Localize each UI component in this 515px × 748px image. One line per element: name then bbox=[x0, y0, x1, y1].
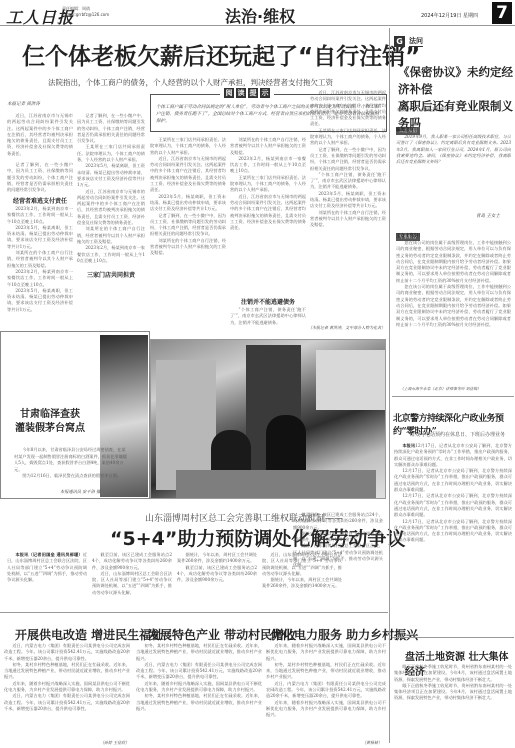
reading-tips-char: 示 bbox=[260, 88, 270, 98]
section-head-1: 经营者难逃支付责任 bbox=[7, 196, 73, 205]
bottom-right-body: 眼下正值秋冬季施工收尾时节，贵州省黔东南州某村的一处集体经济项目正在加紧建设。今… bbox=[394, 664, 512, 746]
section-label: 法问 bbox=[409, 36, 423, 47]
section-badge-icon: G bbox=[394, 36, 405, 47]
second-column-3: 据统计，今年以来，周村区工会共调处案件260余件，涉及金额约1400余万元。截至… bbox=[177, 552, 257, 604]
issue-date: 2024年12月19日 星期四 bbox=[421, 12, 478, 19]
police-news-body: 本报讯12月17日，记者从北京市公安局了解到，北京警方持续深化户政业务预约“零时… bbox=[394, 443, 512, 633]
lead-subheadline: 法院指出，个体工商户的债务，个人经营的以个人财产承担，判决经营者支付拖欠工资 bbox=[48, 77, 333, 88]
lead-column-5: 近日，江苏省南京市与无锡市的两起劳动合同纠纷案件引发关注。这两起案件中的多个体工… bbox=[310, 90, 386, 326]
page-number: 7 bbox=[492, 2, 512, 24]
bottom-credit-1: （孙婷 王佳欣） bbox=[100, 740, 129, 746]
reading-tips-char: 提 bbox=[248, 88, 258, 98]
lead-column-4: 刘某所在的个体工商户自行注销，经营者被判令以其个人财产承担拖欠的工资及赔偿。20… bbox=[230, 137, 306, 275]
second-column-5: 截至目前，该区已建成工会服务站点24个，成功化解劳动争议等各类纠纷260余件，涉… bbox=[293, 512, 383, 604]
lead-headline: 仨个体老板欠薪后还玩起了“自行注销” bbox=[22, 38, 420, 71]
second-column-2: 截至目前，该区已建成工会服务站点24个，成功化解劳动争议等各类纠纷260余件，涉… bbox=[92, 552, 172, 604]
answer-greeting: 王女士您好！ bbox=[396, 233, 423, 239]
title-line-1: 甘肃临泽查获 bbox=[14, 408, 86, 422]
reading-tips-label: 阅 读 提 示 bbox=[220, 88, 274, 98]
lead-column-1b: 记者了解到，在一些小微户中，因为员工工资、社保缴纳等问题引发的劳动纠纷，个体工商… bbox=[7, 162, 73, 192]
contact-info: 责任编辑：周倩 E-mail:grrbfz@126.com bbox=[62, 6, 109, 18]
section-title: 法治·维权 bbox=[225, 4, 295, 27]
divider bbox=[0, 612, 388, 613]
email-line: E-mail:grrbfz@126.com bbox=[62, 12, 109, 18]
qa-byline: 本报主持人 本报记者 张婷 bbox=[396, 107, 448, 113]
reading-tips-char: 阅 bbox=[224, 88, 234, 98]
second-column-1: 本报讯（记者田国垒 通讯员郝璠）近日，山东淄博周村区总工会联合区法院、区人社局等… bbox=[7, 552, 87, 604]
bottom-story-1: 近日，内蒙古电力（集团）有限责任公司某供电分公司完成农网改造工程。今年，该公司累… bbox=[4, 643, 130, 743]
police-news-subheadline: 群众可电话预约在休息日、下班后办理业务 bbox=[410, 431, 505, 438]
lead-column-1a: 近日，江苏省南京市与无锡市的两起劳动合同纠纷案件引发关注。这两起案件中的多个体工… bbox=[7, 113, 73, 159]
bottom-credit-3: （黄杨林） bbox=[362, 740, 382, 746]
reader-sign: 青岛 王女士 bbox=[476, 213, 500, 219]
photo-feature-credit: 本报通讯员 安平洛 摄 bbox=[60, 489, 100, 495]
lead-credit: （本报记者 黄洪涛，文中部分人物为化名） bbox=[308, 325, 385, 331]
photo-feature-title: 甘肃临泽查获 灌装假茅台窝点 bbox=[14, 408, 86, 436]
section-head-2: 三家门店共同担责 bbox=[77, 270, 145, 279]
bottom-headline-1: 开展供电改造 增进民生福祉 bbox=[15, 626, 163, 643]
answer-sign: （上海市海华永泰（北京）律师事务所 刘佳梅） bbox=[400, 386, 481, 392]
title-line-2: 灌装假茅台窝点 bbox=[14, 422, 86, 436]
qa-title-line-1: 《保密协议》未约定经济补偿 bbox=[398, 64, 513, 98]
police-photo bbox=[150, 339, 386, 499]
lead-column-3: 王某所在三家门店共同承担责任。法院审理认为，个体工商户的债务，个人经营的以个人财… bbox=[150, 137, 226, 333]
qa-section-banner: G 法问 bbox=[394, 36, 423, 47]
section-head-3: 注销并不能逃避债务 bbox=[230, 297, 306, 306]
expert-answer: 您在该公司的岗位属于高级管理岗位，工作中能接触到公司的商业秘密，根据劳动合同法规… bbox=[396, 240, 511, 385]
photo-feature-caption: 今年8月以来，甘肃省临泽县公安局经过周密侦查，在某村某户发现一起制售假冒注册商标… bbox=[14, 447, 129, 480]
bottom-story-3: 近年来，随着乡村振兴战略深入实施，国网某县供电公司不断优化电力服务，为乡村产业发… bbox=[266, 643, 386, 743]
lead-byline: 本报记者 黄洪涛 bbox=[7, 101, 40, 107]
reader-greeting: 编辑您好！ bbox=[396, 127, 419, 133]
lead-column-2: 记者了解到，在一些小微户中，因为员工工资、社保缴纳等问题引发的劳动纠纷，个体工商… bbox=[77, 113, 145, 328]
divider bbox=[392, 637, 514, 638]
bottom-story-2: 初冬，某村乡村特色种植基地，村民们正在忙碌采收。近年来，当地通过发展特色种植产业… bbox=[136, 643, 262, 743]
divider bbox=[392, 396, 514, 397]
lead-column-4b: “个体工商户注销，债务责任‘跑不了’”，南京市玄武区法律援助中心律师认为，注销并… bbox=[230, 307, 306, 333]
lead-column-1c: 2023年2月，杨某到南京市一家餐饮店工作，工作时间一般从上午10点至晚上10点… bbox=[7, 206, 73, 326]
column-divider bbox=[389, 28, 390, 743]
reader-letter: 2019年9月，我入职某一家公司担任高级技术职位，与公司签订了《保密协议》，约定… bbox=[396, 134, 511, 214]
reading-tips-char: 读 bbox=[236, 88, 246, 98]
